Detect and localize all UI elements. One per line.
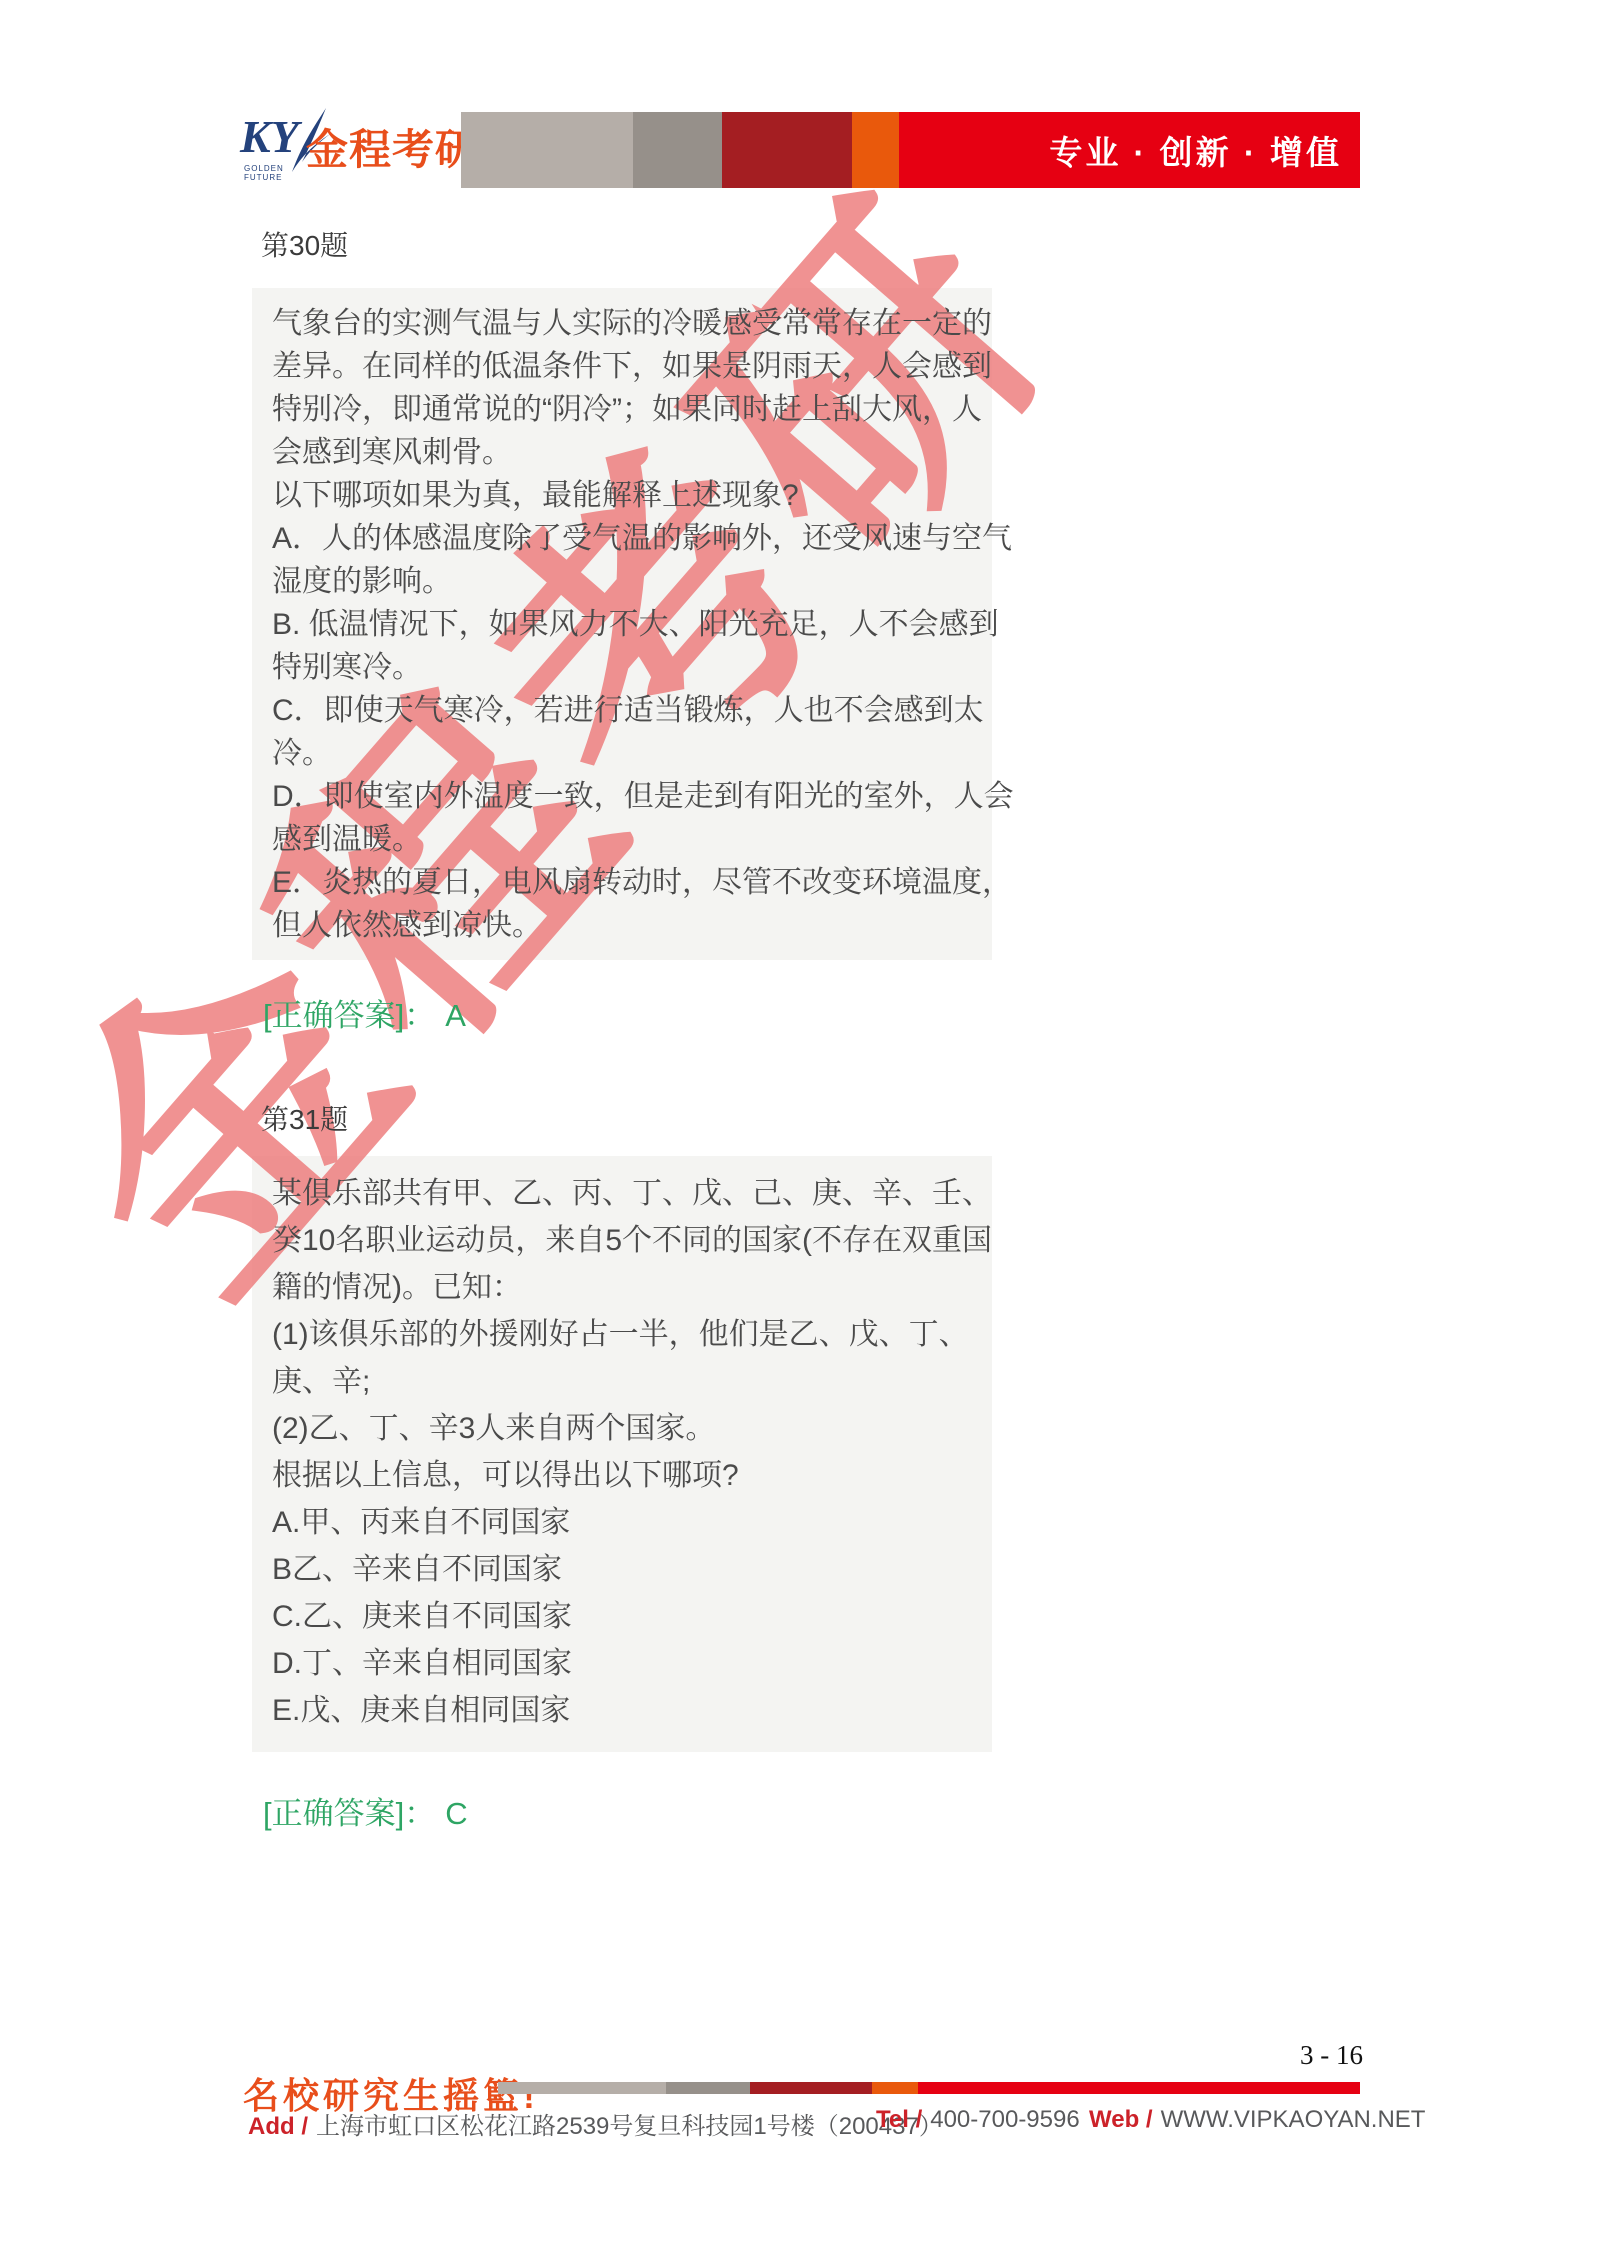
document-page: KY GOLDEN FUTURE 金程考研 专业 · 创新 · 增值 第30题 … [0, 0, 1600, 2263]
option-b-line: B乙、辛来自不同国家 [272, 1546, 992, 1593]
tel-label: Tel / [876, 2106, 922, 2133]
footer-telephone: Tel /400-700-9596 [876, 2106, 1080, 2134]
option-c-line: 冷。 [272, 732, 992, 775]
brand-logo-subtext: GOLDEN FUTURE [244, 164, 284, 182]
option-a-line: 湿度的影响。 [272, 560, 992, 603]
answer-label: [正确答案]： [263, 998, 435, 1033]
option-e-line: 但人依然感到凉快。 [272, 904, 992, 947]
question-30-box: 气象台的实测气温与人实际的冷暖感受常常存在一定的 差异。在同样的低温条件下，如果… [252, 288, 992, 960]
footer-bar-orange [872, 2082, 918, 2094]
option-d-line: D．即使室内外温度一致，但是走到有阳光的室外，人会 [272, 775, 992, 818]
question-31-box: 某俱乐部共有甲、乙、丙、丁、戊、己、庚、辛、壬、 癸10名职业运动员，来自5个不… [252, 1156, 992, 1752]
option-b-line: B. 低温情况下，如果风力不大、阳光充足，人不会感到 [272, 603, 992, 646]
address-value: 上海市虹口区松花江路2539号复旦科技园1号楼（200437） [316, 2113, 943, 2140]
option-a-line: A．人的体感温度除了受气温的影响外，还受风速与空气 [272, 517, 992, 560]
question-line: 差异。在同样的低温条件下，如果是阴雨天，人会感到 [272, 345, 992, 388]
option-e-line: E．炎热的夏日，电风扇转动时，尽管不改变环境温度， [272, 861, 992, 904]
answer-value: C [445, 1796, 467, 1831]
header-bar-maroon [722, 112, 852, 188]
option-a-line: A.甲、丙来自不同国家 [272, 1499, 992, 1546]
header-bar-gray-mid [633, 112, 722, 188]
question-line: 气象台的实测气温与人实际的冷暖感受常常存在一定的 [272, 302, 992, 345]
brand-logo-text: 金程考研 [306, 120, 478, 180]
option-d-line: D.丁、辛来自相同国家 [272, 1640, 992, 1687]
question-line: 癸10名职业运动员，来自5个不同的国家(不存在双重国 [272, 1217, 992, 1264]
footer-bar-maroon [750, 2082, 872, 2094]
address-label: Add / [248, 2113, 308, 2140]
footer-bar-gray-mid [666, 2082, 750, 2094]
condition-1-line: (1)该俱乐部的外援刚好占一半，他们是乙、戊、丁、 [272, 1311, 992, 1358]
answer-label: [正确答案]： [263, 1796, 435, 1831]
question-30-heading: 第30题 [261, 224, 348, 264]
answer-30: [正确答案]：A [263, 990, 466, 1035]
footer-bar-gray-light [498, 2082, 666, 2094]
option-b-line: 特别寒冷。 [272, 646, 992, 689]
question-line: 籍的情况)。已知： [272, 1264, 992, 1311]
option-c-line: C．即使天气寒冷，若进行适当锻炼，人也不会感到太 [272, 689, 992, 732]
header-slogan: 专业 · 创新 · 增值 [1049, 127, 1342, 174]
question-line: 根据以上信息，可以得出以下哪项? [272, 1452, 992, 1499]
footer-bar-red [918, 2082, 1360, 2094]
answer-31: [正确答案]：C [263, 1788, 468, 1833]
header-slogan-band: 专业 · 创新 · 增值 [899, 112, 1360, 188]
tel-value: 400-700-9596 [930, 2106, 1079, 2133]
header-bar-gray-light [461, 112, 633, 188]
footer-address: Add /上海市虹口区松花江路2539号复旦科技园1号楼（200437） [248, 2106, 943, 2141]
question-line: 以下哪项如果为真，最能解释上述现象? [272, 474, 992, 517]
condition-1-line: 庚、辛; [272, 1358, 992, 1405]
question-line: 某俱乐部共有甲、乙、丙、丁、戊、己、庚、辛、壬、 [272, 1170, 992, 1217]
question-line: 会感到寒风刺骨。 [272, 431, 992, 474]
web-label: Web / [1089, 2106, 1153, 2133]
page-number: 3 - 16 [1300, 2040, 1363, 2071]
option-c-line: C.乙、庚来自不同国家 [272, 1593, 992, 1640]
question-31-heading: 第31题 [261, 1098, 348, 1138]
option-e-line: E.戊、庚来自相同国家 [272, 1687, 992, 1734]
web-value: WWW.VIPKAOYAN.NET [1161, 2106, 1426, 2133]
header-bar-orange [852, 112, 899, 188]
question-line: 特别冷，即通常说的“阴冷”；如果同时赶上刮大风，人 [272, 388, 992, 431]
footer-website: Web /WWW.VIPKAOYAN.NET [1089, 2106, 1425, 2134]
option-d-line: 感到温暖。 [272, 818, 992, 861]
condition-2-line: (2)乙、丁、辛3人来自两个国家。 [272, 1405, 992, 1452]
answer-value: A [445, 998, 466, 1033]
